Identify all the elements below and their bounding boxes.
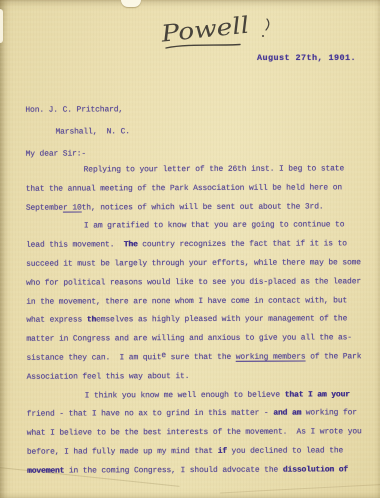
letter-text: and am: [273, 409, 301, 418]
letter-text: that I am your: [285, 390, 350, 399]
letter-line: movement in the coming Congress, I shoul…: [27, 465, 369, 475]
letter-line: who for political reasons would like to …: [26, 277, 368, 287]
letter-text: th: [87, 316, 96, 325]
letter-text: dissolution of: [283, 465, 348, 474]
letter-text: matter in Congress and are willing and a…: [26, 334, 352, 344]
letter-text: working for: [301, 409, 357, 418]
underlined-text: r 10: [63, 203, 82, 212]
letter-body: Hon. J. C. Pritchard,Marshall, N. C.My d…: [25, 0, 369, 498]
letter-text: sure that the: [166, 353, 236, 362]
letter-text: in the movement, there are none whom I h…: [26, 296, 347, 306]
letter-text: My dear Sir:-: [26, 149, 87, 158]
letter-line: what I believe to be the best interests …: [27, 427, 369, 437]
scanned-letter-screenshot: { "document": { "kind": "typewritten let…: [0, 0, 380, 498]
letter-line: I am gratified to know that you are goin…: [26, 221, 368, 231]
letter-line: Hon. J. C. Pritchard,: [25, 104, 367, 114]
letter-text: in the coming Congress, I should advocat…: [64, 465, 283, 475]
letter-text: who for political reasons would like to …: [26, 277, 361, 287]
letter-page: Powell August 27th, 1901. Hon. J. C. Pri…: [0, 0, 380, 498]
letter-line: before, I had fully made up my mind that…: [27, 446, 369, 456]
letter-text: Association feel this way about it.: [27, 372, 190, 382]
letter-line: Association feel this way about it.: [27, 371, 369, 381]
letter-text: what I believe to be the best interests …: [27, 427, 362, 437]
letter-line: matter in Congress and are willing and a…: [26, 333, 368, 343]
letter-text: The: [124, 240, 138, 249]
letter-text: lead this movement.: [26, 241, 124, 250]
letter-text: of the Park: [306, 352, 362, 361]
underlined-text: working members: [236, 353, 306, 362]
letter-line: friend - that I have no ax to grind in t…: [27, 409, 369, 419]
letter-text: what express: [26, 316, 87, 325]
letter-text: friend - that I have no ax to grind in t…: [27, 409, 274, 419]
letter-text: emselves as highly pleased with your man…: [96, 315, 347, 325]
paper-edge-sliver: [0, 9, 3, 43]
letter-text: I think you know me well enough to belie…: [85, 390, 285, 400]
letter-text: movement: [27, 466, 64, 475]
letter-text: country recognizes the fact that if it i…: [138, 240, 347, 250]
letter-line: what express themselves as highly please…: [26, 315, 368, 325]
letter-line: I think you know me well enough to belie…: [27, 390, 369, 400]
letter-line: succeed it must be largely through your …: [26, 258, 368, 268]
letter-text: if: [218, 447, 227, 456]
letter-line: September 10th, notices of which will be…: [26, 202, 368, 212]
letter-line: Marshall, N. C.: [25, 126, 367, 136]
letter-text: e: [161, 351, 166, 360]
letter-text: Hon. J. C. Pritchard,: [25, 105, 123, 114]
letter-line: in the movement, there are none whom I h…: [26, 296, 368, 306]
letter-line: that the annual meeting of the Park Asso…: [26, 183, 368, 193]
letter-text: th, notices of which will be sent out ab…: [82, 202, 324, 212]
letter-line: lead this movement. The country recogniz…: [26, 239, 368, 249]
letter-text: Septembe: [26, 203, 63, 212]
letter-text: sistance they can. I am quit: [26, 353, 161, 363]
letter-line: My dear Sir:-: [26, 148, 368, 158]
letter-line: Replying to your letter of the 26th inst…: [26, 164, 368, 174]
letter-text: that the annual meeting of the Park Asso…: [26, 183, 342, 193]
letter-text: succeed it must be largely through your …: [26, 258, 361, 268]
letter-line: sistance they can. I am quite sure that …: [26, 352, 368, 362]
letter-text: Replying to your letter of the 26th inst…: [84, 164, 344, 174]
letter-text: you declined to lead the: [227, 446, 343, 456]
letter-text: before, I had fully made up my mind that: [27, 447, 218, 457]
letter-text: Marshall, N. C.: [55, 127, 129, 136]
letter-text: I am gratified to know that you are goin…: [84, 221, 344, 231]
